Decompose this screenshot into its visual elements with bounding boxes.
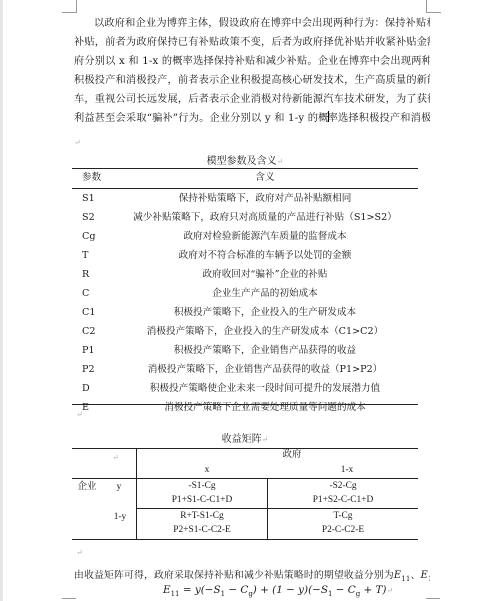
table-row: R政府收回对“骗补”企业的补贴 — [72, 266, 418, 283]
table-header-rule — [72, 188, 418, 189]
table-top-rule — [72, 448, 418, 449]
intro-paragraph[interactable]: 以政府和企业为博弈主体，假设政府在博弈中会出现两种行为：保持补贴和减少 补贴，前… — [74, 14, 430, 128]
cell-y-x-firm: P1+S1-C-C1+D — [137, 493, 267, 508]
table-row: Cg政府对检验新能源汽车质量的监督成本 — [72, 228, 418, 245]
column-group-label: 政府 — [262, 448, 322, 463]
margin-corner-top-left — [62, 0, 77, 13]
column-label-1-x: 1-x — [317, 463, 377, 478]
cell-1y-x-gov: R+T-S1-Cg — [137, 509, 267, 524]
paragraph-mark-icon: ↵ — [76, 548, 83, 557]
table-row: E消极投产策略下企业需要处理质量等问题的成本 — [72, 399, 418, 416]
cell-y-1x-firm: P1+S2-C-C1+D — [268, 493, 418, 508]
table-header-row: 参数 含义 — [72, 169, 418, 186]
table-row: C1积极投产策略下，企业投入的生产研发成本 — [72, 304, 418, 321]
table-row: C2消极投产策略下，企业投入的生产研发成本（C1>C2） — [72, 323, 418, 340]
page-edge — [0, 0, 3, 601]
paragraph-line: 车，重视公司长远发展，后者表示企业消极对待新能源汽车技术研发，为了获得短期 — [74, 90, 430, 109]
paragraph-mark-icon: ↵ — [74, 138, 81, 147]
header-meaning: 含义 — [112, 169, 418, 186]
table-bottom-rule — [72, 404, 418, 405]
formula-e11[interactable]: E11 = y(−S1 − Cg) + (1 − y)(−S1 − Cg + T… — [163, 584, 393, 598]
paragraph-line-last: 利益甚至会采取“骗补”行为。企业分别以 y 和 1-y 的概率选择积极投产和消极… — [74, 109, 430, 128]
paragraph-line: 府分别以 x 和 1-x 的概率选择保持补贴和减少补贴。企业在博弈中会出现两种行… — [74, 52, 430, 71]
table-bottom-rule — [72, 539, 418, 540]
paragraph-line: 补贴，前者为政府保持已有补贴政策不变，后者为政府择优补贴并收紧补贴金额。政 — [74, 33, 430, 52]
table-row: P1积极投产策略下，企业销售产品获得的收益 — [72, 342, 418, 359]
column-label-x: x — [182, 463, 232, 478]
paragraph-line: 以政府和企业为博弈主体，假设政府在博弈中会出现两种行为：保持补贴和减少 — [74, 14, 430, 33]
table-row: S1保持补贴策略下，政府对产品补贴额相同 — [72, 190, 418, 207]
table-row: C企业生产产品的初始成本 — [72, 285, 418, 302]
table-row: T政府对不符合标准的车辆予以处罚的金额 — [72, 247, 418, 264]
row-label-y: y — [112, 480, 126, 495]
params-table-caption: 模型参数及含义↵ — [72, 152, 418, 167]
table-row: P2消极投产策略下，企业销售产品获得的收益（P1>P2） — [72, 361, 418, 378]
document-page: 以政府和企业为博弈主体，假设政府在博弈中会出现两种行为：保持补贴和减少 补贴，前… — [0, 0, 500, 601]
paragraph-line: 积极投产和消极投产，前者表示企业积极提高核心研发技术，生产高质量的新能源汽 — [74, 71, 430, 90]
table-row: S2减少补贴策略下，政府只对高质量的产品进行补贴（S1>S2） — [72, 209, 418, 226]
cell-y-1x-gov: -S2-Cg — [268, 479, 418, 494]
paragraph-mark-icon: ↵ — [76, 410, 83, 419]
cell-1y-x-firm: P2+S1-C-C2-E — [137, 523, 267, 538]
cell-1y-1x-firm: P2-C-C2-E — [268, 523, 418, 538]
cell-1y-1x-gov: T-Cg — [268, 509, 418, 524]
margin-corner-top-right — [426, 0, 441, 13]
row-label-1-y: 1-y — [106, 510, 134, 525]
row-group-label: 企业 — [74, 480, 100, 495]
payoff-matrix-table: ↵ 政府 x 1-x 企业 y 1-y -S1-Cg P1+S1-C-C1+D … — [72, 448, 418, 544]
payoff-matrix-caption: 收益矩阵↵ — [72, 430, 418, 445]
table-row: D积极投产策略使企业未来一段时间可提升的发展潜力值 — [72, 380, 418, 397]
cell-y-x-gov: -S1-Cg — [137, 479, 267, 494]
